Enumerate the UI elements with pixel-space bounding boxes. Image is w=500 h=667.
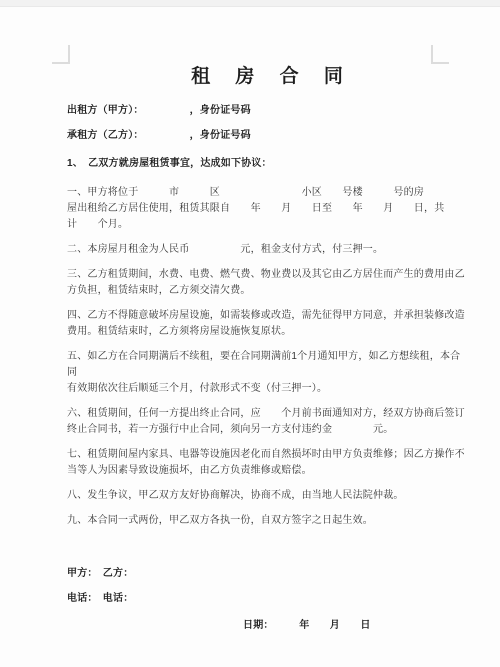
clause-3: 三、乙方租赁期间，水费、电费、燃气费、物业费以及其它由乙方居住而产生的费用由乙 …	[67, 267, 467, 299]
contract-page: 租 房 合 同 出租方（甲方）： ，身份证号码 承租方（乙方）： ，身份证号码 …	[0, 0, 500, 667]
clause-7: 七、租赁期间屋内家具、电器等设施因老化而自然损坏时由甲方负责维修；因乙方操作不 …	[67, 447, 467, 479]
clause-5: 五、如乙方在合同期满后不续租，要在合同期满前1个月通知甲方，如乙方想续租，本合同…	[67, 349, 467, 397]
clause-6: 六、租赁期间，任何一方提出终止合同，应 个月前书面通知对方，经双方协商后签订 终…	[67, 406, 467, 438]
clause-2: 二、本房屋月租金为人民币 元，租金支付方式，付三押一。	[67, 242, 467, 258]
intro-line: 1、 乙双方就房屋租赁事宜，达成如下协议：	[67, 156, 467, 172]
margin-mark-left-icon	[52, 45, 70, 64]
signature-date-line: 日期： 年 月 日	[67, 618, 467, 634]
photo-edge-strip	[0, 0, 500, 7]
clause-4: 四、乙方不得随意破坏房屋设施，如需装修或改造，需先征得甲方同意，并承担装修改造 …	[67, 308, 467, 340]
clause-9: 九、本合同一式两份，甲乙双方各执一份，自双方签字之日起生效。	[67, 513, 467, 529]
contract-title: 租 房 合 同	[67, 64, 467, 90]
signature-party-line: 甲方： 乙方：	[67, 566, 467, 582]
lessor-party-line: 出租方（甲方）： ，身份证号码	[67, 103, 467, 119]
lessee-party-line: 承租方（乙方）： ，身份证号码	[67, 128, 467, 144]
signature-block: 甲方： 乙方： 电话： 电话： 日期： 年 月 日	[67, 566, 467, 634]
clause-8: 八、发生争议，甲乙双方友好协商解决，协商不成，由当地人民法院仲裁。	[67, 488, 467, 504]
clause-1: 一、甲方将位于 市 区 小区 号楼 号的房 屋出租给乙方居住使用，租赁其限自 年…	[67, 185, 467, 233]
margin-mark-right-icon	[431, 45, 449, 64]
signature-phone-line: 电话： 电话：	[67, 591, 467, 607]
contract-content: 租 房 合 同 出租方（甲方）： ，身份证号码 承租方（乙方）： ，身份证号码 …	[67, 64, 467, 634]
